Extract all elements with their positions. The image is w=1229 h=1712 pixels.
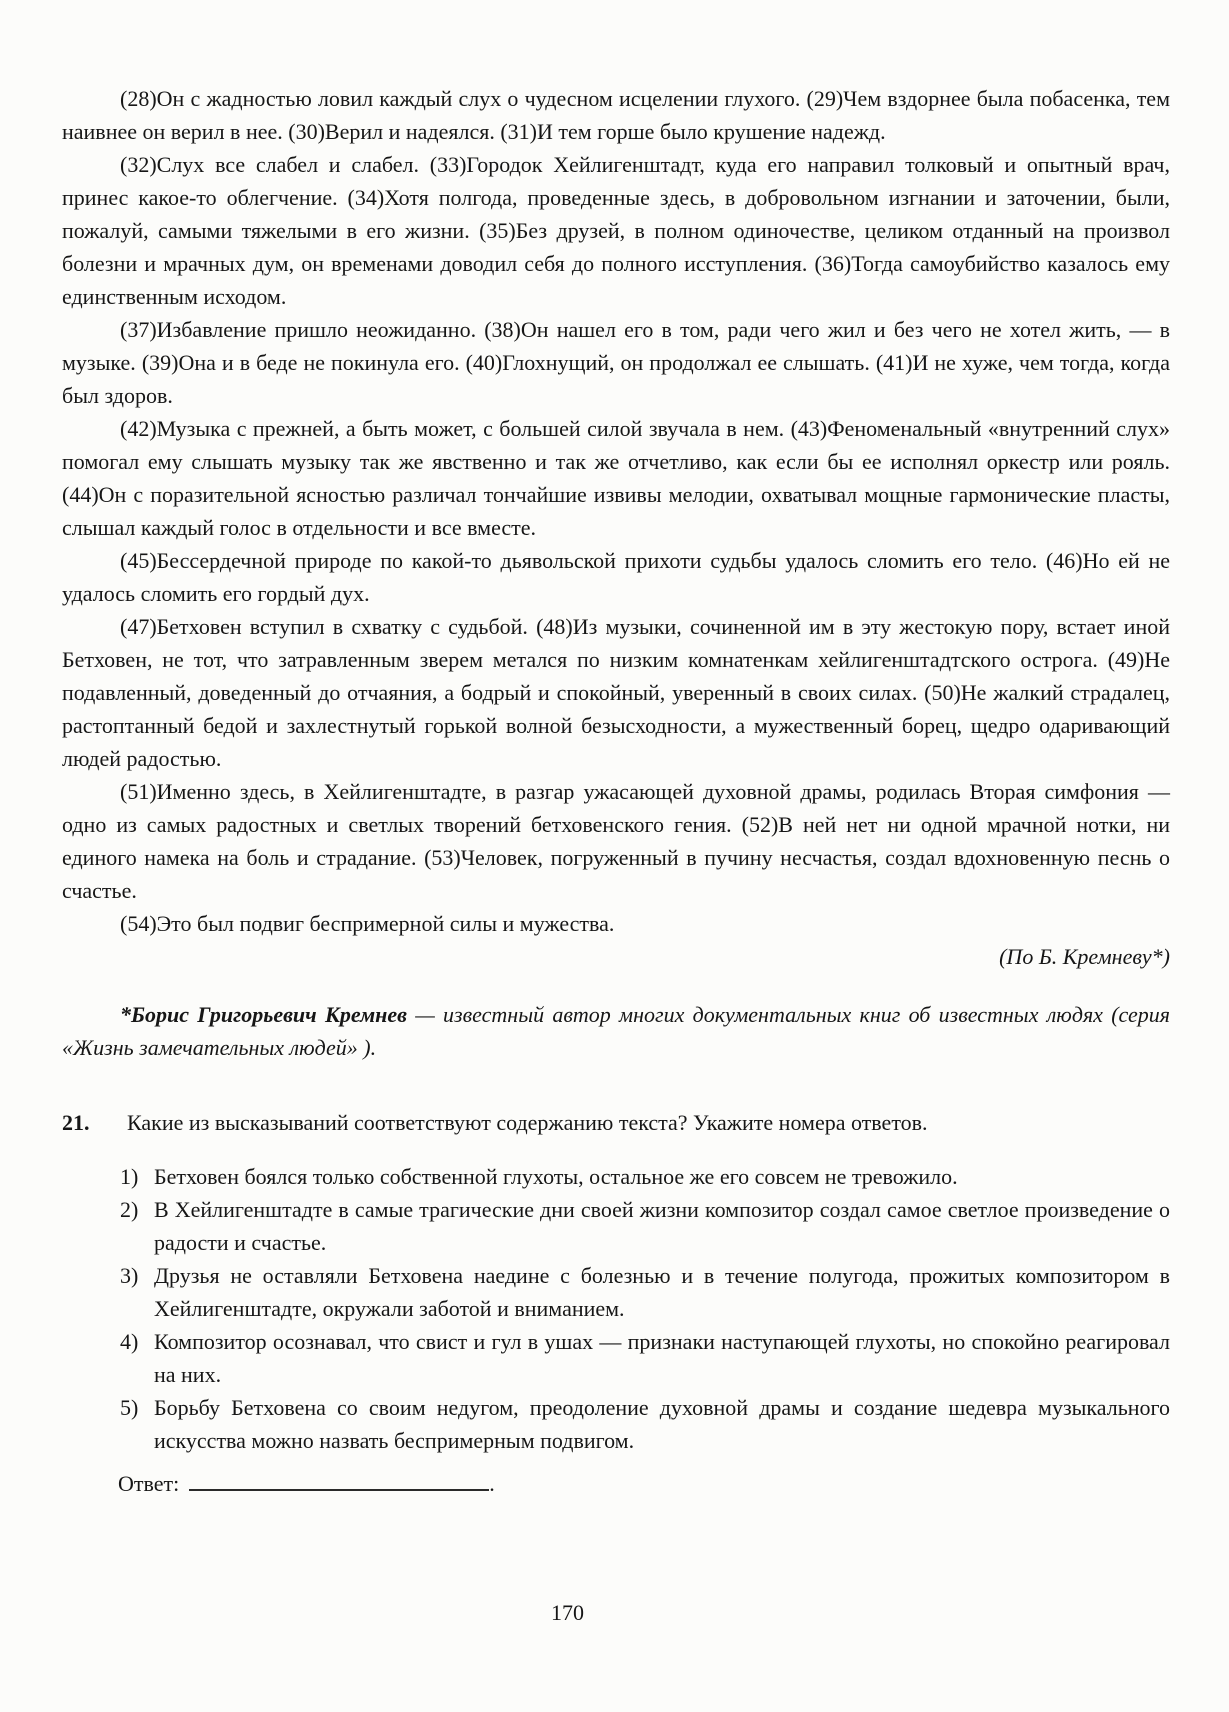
- option-text: В Хейлигенштадте в самые трагические дни…: [154, 1193, 1170, 1259]
- option-text: Друзья не оставляли Бетховена наедине с …: [154, 1259, 1170, 1325]
- text-paragraph: (45)Бессердечной природе по какой-то дья…: [62, 544, 1170, 610]
- option-number: 2): [120, 1193, 154, 1259]
- option-number: 5): [120, 1391, 154, 1457]
- question-prompt: Какие из высказываний соответствуют соде…: [127, 1106, 1170, 1139]
- answer-option: 5) Борьбу Бетховена со своим недугом, пр…: [62, 1391, 1170, 1457]
- text-attribution: (По Б. Кремневу*): [62, 940, 1170, 973]
- footnote: *Борис Григорьевич Кремнев — известный а…: [62, 998, 1170, 1064]
- text-paragraph: (47)Бетховен вступил в схватку с судьбой…: [62, 610, 1170, 775]
- footnote-author-name: *Борис Григорьевич Кремнев: [120, 1002, 407, 1027]
- answer-options-list: 1) Бетховен боялся только собственной гл…: [62, 1160, 1170, 1457]
- text-body: (28)Он с жадностью ловил каждый слух о ч…: [62, 82, 1170, 973]
- text-paragraph: (28)Он с жадностью ловил каждый слух о ч…: [62, 82, 1170, 148]
- option-number: 4): [120, 1325, 154, 1391]
- option-number: 1): [120, 1160, 154, 1193]
- option-text: Бетховен боялся только собственной глухо…: [154, 1160, 1170, 1193]
- text-paragraph: (32)Слух все слабел и слабел. (33)Городо…: [62, 148, 1170, 313]
- answer-option: 4) Композитор осознавал, что свист и гул…: [62, 1325, 1170, 1391]
- question-block: 21. Какие из высказываний соответствуют …: [62, 1106, 1170, 1500]
- text-paragraph: (54)Это был подвиг беспримерной силы и м…: [62, 907, 1170, 940]
- option-text: Борьбу Бетховена со своим недугом, преод…: [154, 1391, 1170, 1457]
- option-text: Композитор осознавал, что свист и гул в …: [154, 1325, 1170, 1391]
- text-paragraph: (51)Именно здесь, в Хейлигенштадте, в ра…: [62, 775, 1170, 907]
- page-number: 170: [0, 1596, 1182, 1629]
- answer-label: Ответ:: [118, 1471, 179, 1496]
- text-paragraph: (37)Избавление пришло неожиданно. (38)Он…: [62, 313, 1170, 412]
- question-header: 21. Какие из высказываний соответствуют …: [62, 1106, 1170, 1139]
- answer-option: 3) Друзья не оставляли Бетховена наедине…: [62, 1259, 1170, 1325]
- answer-line: Ответ:.: [62, 1467, 1170, 1500]
- answer-option: 1) Бетховен боялся только собственной гл…: [62, 1160, 1170, 1193]
- document-page: (28)Он с жадностью ловил каждый слух о ч…: [0, 0, 1229, 1712]
- option-number: 3): [120, 1259, 154, 1325]
- question-number: 21.: [62, 1106, 127, 1139]
- answer-blank-field: [189, 1469, 489, 1491]
- answer-option: 2) В Хейлигенштадте в самые трагические …: [62, 1193, 1170, 1259]
- answer-period: .: [489, 1471, 495, 1496]
- text-paragraph: (42)Музыка с прежней, а быть может, с бо…: [62, 412, 1170, 544]
